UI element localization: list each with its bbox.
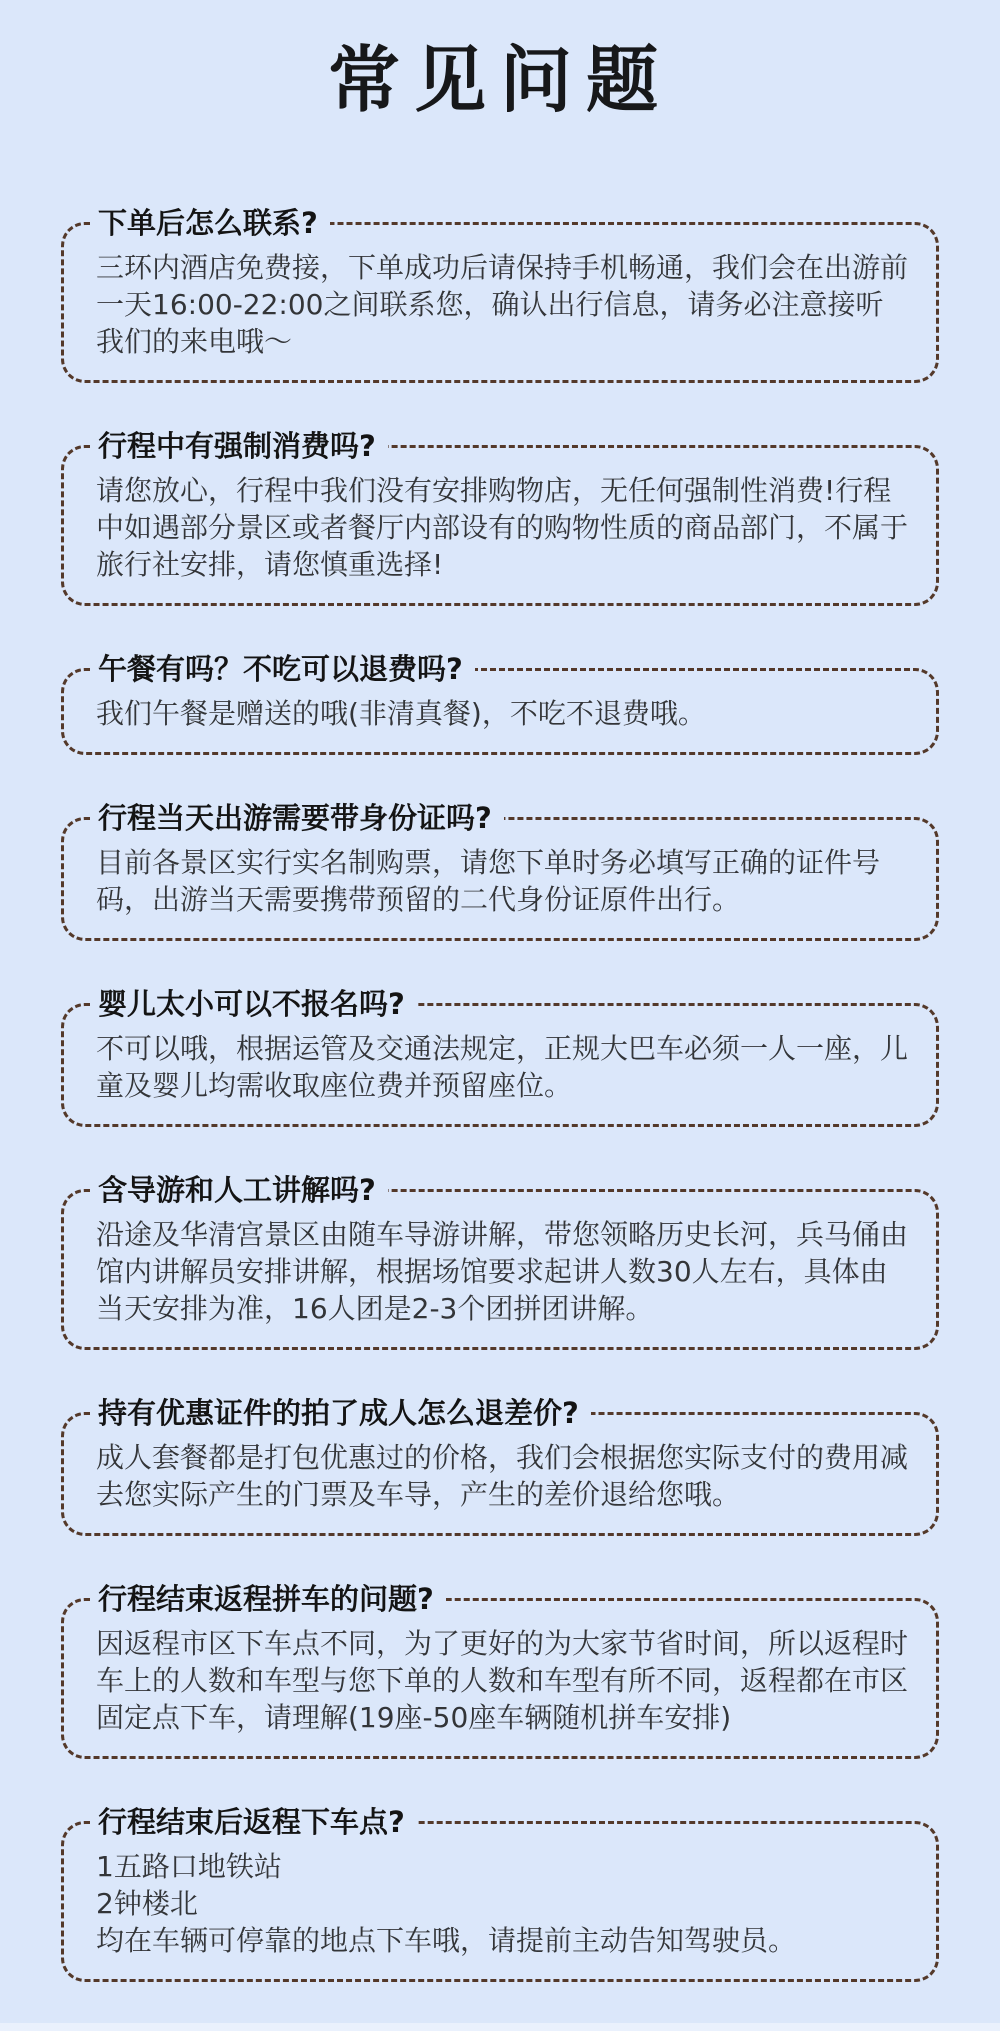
faq-question: 含导游和人工讲解吗? <box>90 1171 388 1209</box>
faq-card: 含导游和人工讲解吗? 沿途及华清宫景区由随车导游讲解，带您领略历史长河，兵马俑由… <box>61 1189 939 1350</box>
faq-question: 下单后怎么联系? <box>90 204 330 242</box>
faq-question: 午餐有吗？不吃可以退费吗? <box>90 650 475 688</box>
faq-card: 午餐有吗？不吃可以退费吗? 我们午餐是赠送的哦(非清真餐)，不吃不退费哦。 <box>61 668 939 755</box>
faq-card: 行程当天出游需要带身份证吗? 目前各景区实行实名制购票，请您下单时务必填写正确的… <box>61 817 939 941</box>
faq-card: 持有优惠证件的拍了成人怎么退差价? 成人套餐都是打包优惠过的价格，我们会根据您实… <box>61 1412 939 1536</box>
faq-answer: 请您放心，行程中我们没有安排购物店，无任何强制性消费!行程中如遇部分景区或者餐厅… <box>96 472 910 583</box>
faq-question: 行程中有强制消费吗? <box>90 427 388 465</box>
bottom-strip <box>0 2023 1000 2031</box>
faq-card: 婴儿太小可以不报名吗? 不可以哦，根据运管及交通法规定，正规大巴车必须一人一座，… <box>61 1003 939 1127</box>
faq-card: 下单后怎么联系? 三环内酒店免费接，下单成功后请保持手机畅通，我们会在出游前一天… <box>61 222 939 383</box>
page-title: 常见问题 <box>0 14 1000 126</box>
faq-question: 行程结束后返程下车点? <box>90 1803 417 1841</box>
faq-list: 下单后怎么联系? 三环内酒店免费接，下单成功后请保持手机畅通，我们会在出游前一天… <box>61 222 939 1982</box>
faq-answer: 沿途及华清宫景区由随车导游讲解，带您领略历史长河，兵马俑由馆内讲解员安排讲解，根… <box>96 1216 910 1327</box>
faq-answer: 1五路口地铁站 2钟楼北 均在车辆可停靠的地点下车哦，请提前主动告知驾驶员。 <box>96 1848 910 1959</box>
faq-question: 婴儿太小可以不报名吗? <box>90 985 417 1023</box>
faq-answer: 目前各景区实行实名制购票，请您下单时务必填写正确的证件号码，出游当天需要携带预留… <box>96 844 910 918</box>
faq-card: 行程结束后返程下车点? 1五路口地铁站 2钟楼北 均在车辆可停靠的地点下车哦，请… <box>61 1821 939 1982</box>
faq-question: 行程当天出游需要带身份证吗? <box>90 799 504 837</box>
faq-card: 行程中有强制消费吗? 请您放心，行程中我们没有安排购物店，无任何强制性消费!行程… <box>61 445 939 606</box>
faq-answer: 我们午餐是赠送的哦(非清真餐)，不吃不退费哦。 <box>96 695 910 732</box>
faq-answer: 三环内酒店免费接，下单成功后请保持手机畅通，我们会在出游前一天16:00-22:… <box>96 249 910 360</box>
faq-answer: 因返程市区下车点不同，为了更好的为大家节省时间，所以返程时车上的人数和车型与您下… <box>96 1625 910 1736</box>
faq-question: 行程结束返程拼车的问题? <box>90 1580 446 1618</box>
faq-question: 持有优惠证件的拍了成人怎么退差价? <box>90 1394 591 1432</box>
faq-answer: 成人套餐都是打包优惠过的价格，我们会根据您实际支付的费用减去您实际产生的门票及车… <box>96 1439 910 1513</box>
faq-card: 行程结束返程拼车的问题? 因返程市区下车点不同，为了更好的为大家节省时间，所以返… <box>61 1598 939 1759</box>
faq-answer: 不可以哦，根据运管及交通法规定，正规大巴车必须一人一座，儿童及婴儿均需收取座位费… <box>96 1030 910 1104</box>
